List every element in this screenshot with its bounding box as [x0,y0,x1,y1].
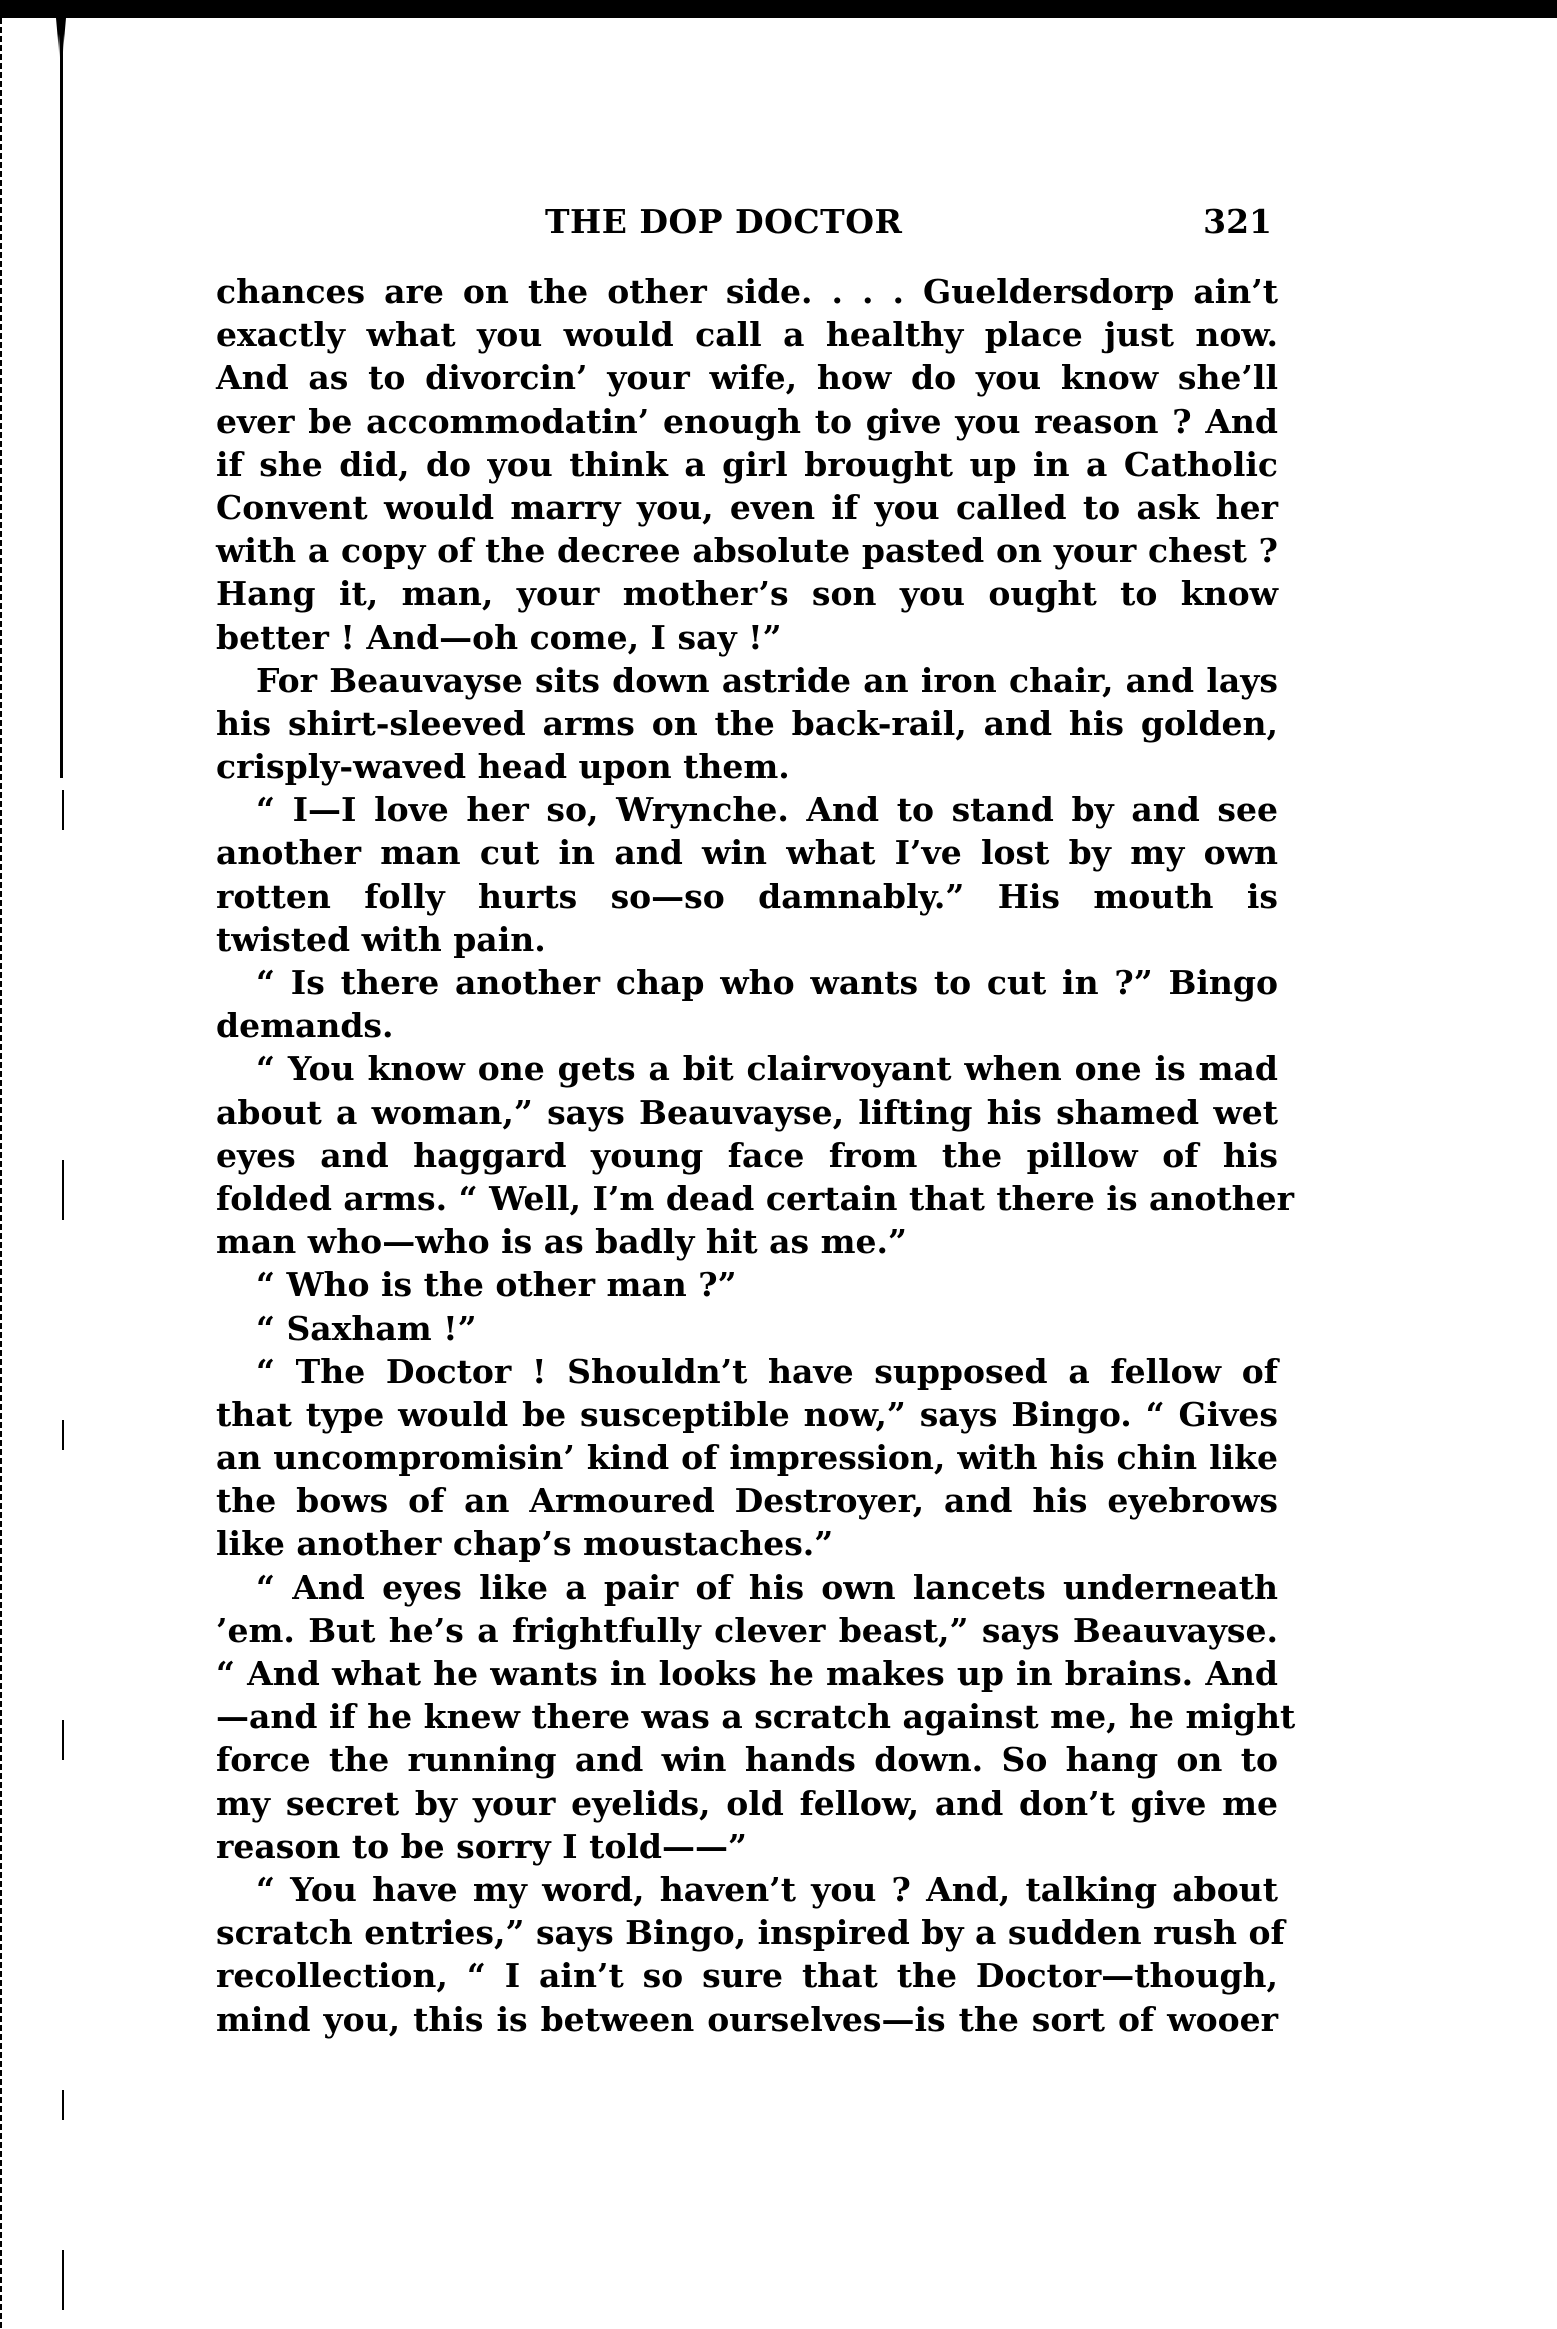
gutter-mark [62,1160,64,1220]
body-text: chances are on the other side. . . . Gue… [216,270,1278,2041]
text-line: chances are on the other side. . . . Gue… [216,270,1278,313]
gutter-mark [62,1420,64,1450]
text-line: an uncompromisin’ kind of impression, wi… [216,1436,1278,1479]
text-line: Hang it, man, your mother’s son you ough… [216,572,1278,615]
text-line: ever be accommodatin’ enough to give you… [216,400,1278,443]
text-line: scratch entries,” says Bingo, inspired b… [216,1911,1278,1954]
text-line: demands. [216,1004,1278,1047]
text-line: his shirt-sleeved arms on the back-rail,… [216,702,1278,745]
text-line: man who—who is as badly hit as me.” [216,1220,1278,1263]
scan-left-edge [0,18,2,2329]
binding-gutter-line [60,18,63,778]
text-line: exactly what you would call a healthy pl… [216,313,1278,356]
text-line: mind you, this is between ourselves—is t… [216,1998,1278,2041]
gutter-mark [62,2250,64,2310]
text-line: with a copy of the decree absolute paste… [216,529,1278,572]
text-line: “ Saxham !” [216,1307,1278,1350]
text-line: about a woman,” says Beauvayse, lifting … [216,1091,1278,1134]
text-line: “ The Doctor ! Shouldn’t have supposed a… [216,1350,1278,1393]
text-line: For Beauvayse sits down astride an iron … [216,659,1278,702]
text-line: reason to be sorry I told——” [216,1825,1278,1868]
text-line: force the running and win hands down. So… [216,1738,1278,1781]
text-line: crisply-waved head upon them. [216,745,1278,788]
text-line: another man cut in and win what I’ve los… [216,831,1278,874]
text-line: if she did, do you think a girl brought … [216,443,1278,486]
text-line: the bows of an Armoured Destroyer, and h… [216,1479,1278,1522]
text-line: Convent would marry you, even if you cal… [216,486,1278,529]
book-page: THE DOP DOCTOR 321 chances are on the ot… [216,190,1278,255]
gutter-mark [62,2090,64,2120]
text-line: eyes and haggard young face from the pil… [216,1134,1278,1177]
text-line: And as to divorcin’ your wife, how do yo… [216,356,1278,399]
text-line: “ You have my word, haven’t you ? And, t… [216,1868,1278,1911]
text-line: that type would be susceptible now,” say… [216,1393,1278,1436]
text-line: “ Is there another chap who wants to cut… [216,961,1278,1004]
page-number: 321 [1203,202,1272,241]
text-line: “ I—I love her so, Wrynche. And to stand… [216,788,1278,831]
running-head: THE DOP DOCTOR 321 [216,190,1278,255]
running-title: THE DOP DOCTOR [545,202,902,241]
text-line: better ! And—oh come, I say !” [216,616,1278,659]
text-line: recollection, “ I ain’t so sure that the… [216,1954,1278,1997]
text-line: my secret by your eyelids, old fellow, a… [216,1782,1278,1825]
text-line: “ Who is the other man ?” [216,1263,1278,1306]
text-line: “ You know one gets a bit clairvoyant wh… [216,1047,1278,1090]
text-line: twisted with pain. [216,918,1278,961]
text-line: like another chap’s moustaches.” [216,1522,1278,1565]
text-line: rotten folly hurts so—so damnably.” His … [216,875,1278,918]
gutter-mark [62,790,64,830]
text-line: “ And what he wants in looks he makes up… [216,1652,1278,1695]
scan-top-border [0,0,1557,18]
text-line: —and if he knew there was a scratch agai… [216,1695,1278,1738]
text-line: “ And eyes like a pair of his own lancet… [216,1566,1278,1609]
text-line: ’em. But he’s a frightfully clever beast… [216,1609,1278,1652]
gutter-mark [62,1720,64,1760]
text-line: folded arms. “ Well, I’m dead certain th… [216,1177,1278,1220]
